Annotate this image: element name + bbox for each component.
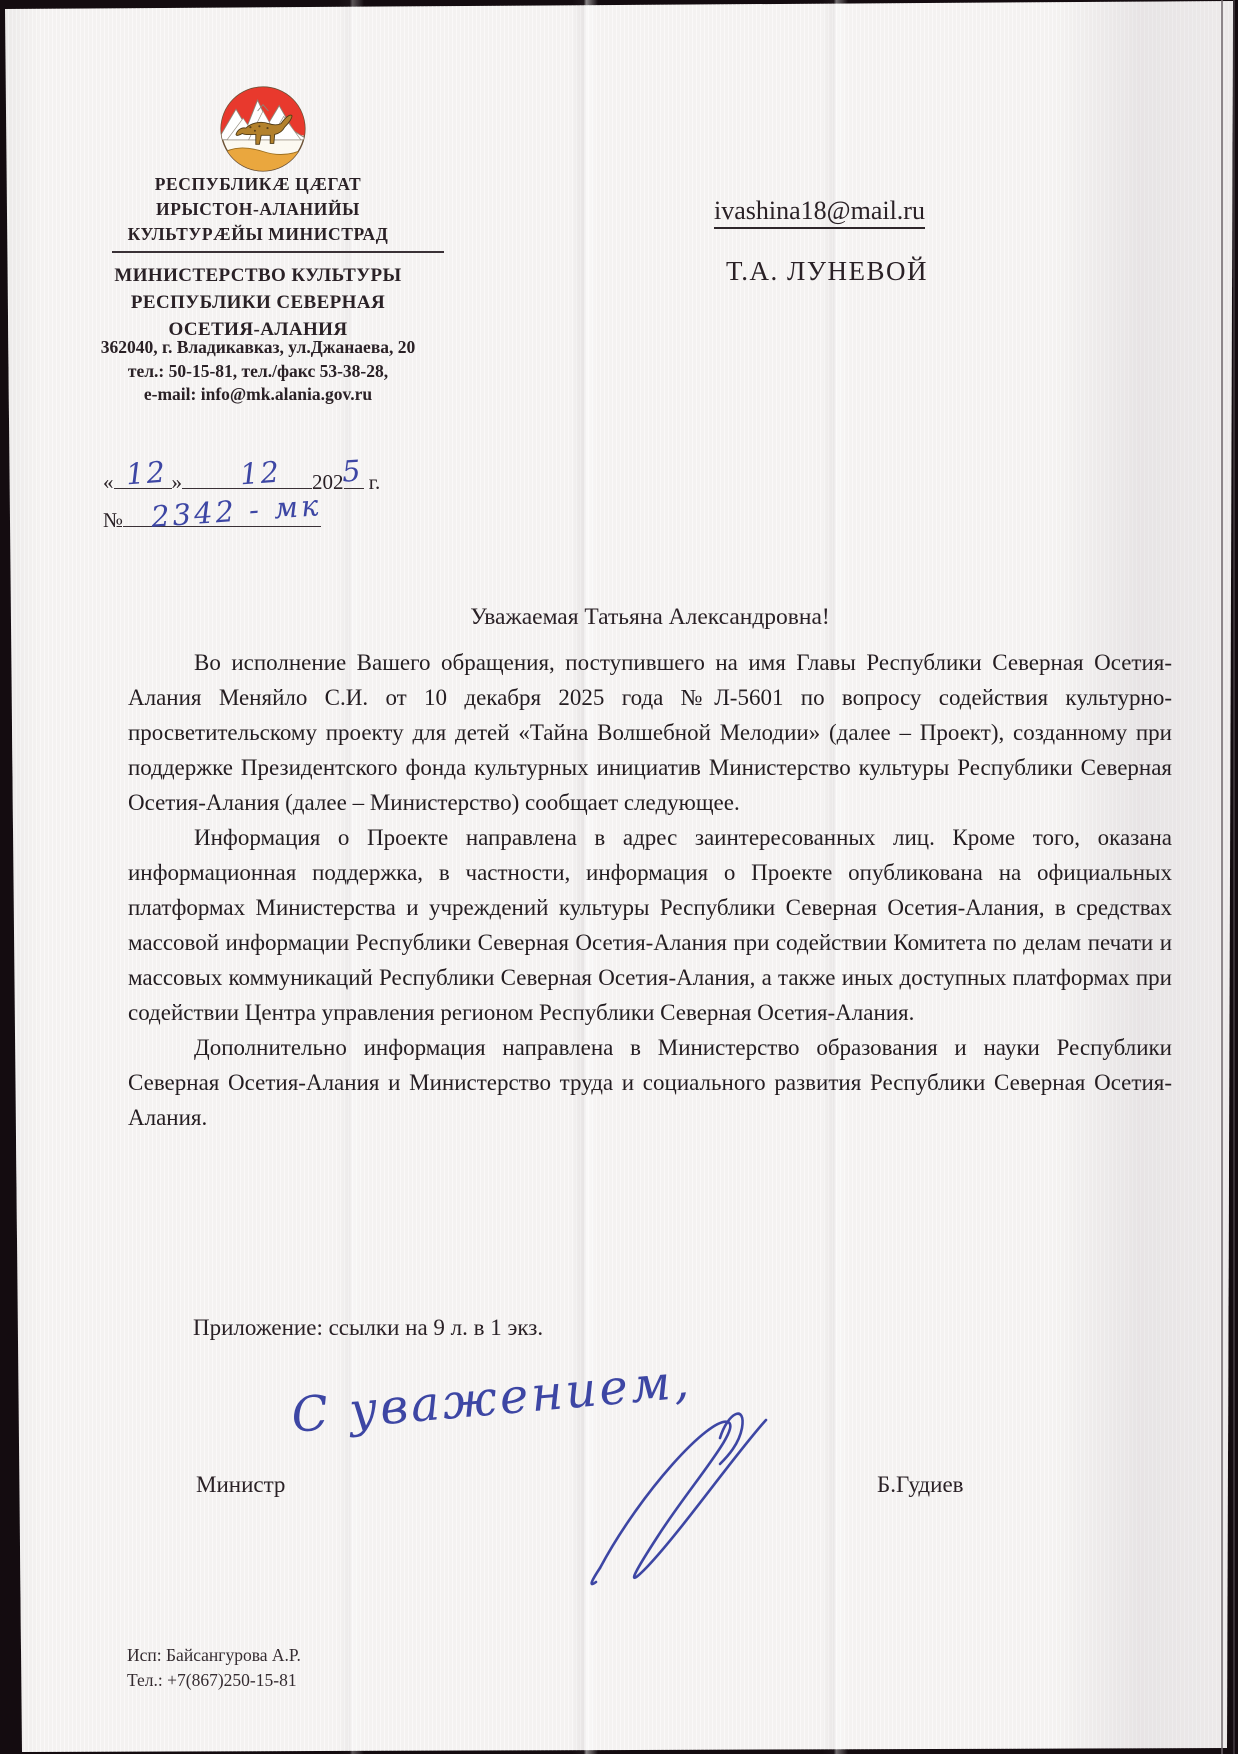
date-month-handwritten: 12	[239, 455, 282, 492]
close-quote: »	[172, 470, 183, 494]
coat-of-arms-emblem	[218, 84, 308, 174]
letterhead-russian-name: МИНИСТЕРСТВО КУЛЬТУРЫ РЕСПУБЛИКИ СЕВЕРНА…	[78, 262, 438, 343]
letter-body: Во исполнение Вашего обращения, поступив…	[128, 645, 1172, 1135]
scanned-letter-page: { "letterhead": { "ossetian_name_lines":…	[0, 0, 1238, 1754]
body-paragraph: Информация о Проекте направлена в адрес …	[128, 820, 1172, 1030]
executor-phone-line: Тел.: +7(867)250-15-81	[127, 1668, 301, 1693]
signature-name: Б.Гудиев	[877, 1472, 964, 1498]
letterhead-ossetian-name: РЕСПУБЛИКÆ ЦÆГАТ ИРЫСТОН-АЛАНИЙЫ КУЛЬТУР…	[78, 172, 438, 247]
body-paragraph: Дополнительно информация направлена в Ми…	[128, 1030, 1172, 1135]
body-paragraph: Во исполнение Вашего обращения, поступив…	[128, 645, 1172, 820]
letterhead-line: РЕСПУБЛИКИ СЕВЕРНАЯ	[78, 289, 438, 316]
date-year-digit-handwritten: 5	[340, 453, 363, 488]
letterhead-contacts: 362040, г. Владикавказ, ул.Джанаева, 20 …	[48, 336, 468, 407]
reference-block: «12»122025 г. №2342 - мк	[103, 470, 443, 544]
letterhead-email: e-mail: info@mk.alania.gov.ru	[48, 383, 468, 407]
number-underline: 2342 - мк	[123, 526, 321, 527]
footer-block: Исп: Байсангурова А.Р. Тел.: +7(867)250-…	[127, 1643, 301, 1693]
number-line: №2342 - мк	[103, 508, 443, 544]
date-year-underline: 5	[344, 488, 364, 489]
signature-position-label: Министр	[196, 1472, 285, 1498]
date-day-handwritten: 12	[124, 455, 167, 492]
date-month-underline: 12	[182, 488, 312, 489]
scan-page-seam	[1221, 0, 1223, 1754]
open-quote: «	[103, 470, 114, 494]
addressee-email: ivashina18@mail.ru	[714, 196, 925, 229]
letterhead-phone: тел.: 50-15-81, тел./факс 53-38-28,	[48, 360, 468, 384]
letterhead-address: 362040, г. Владикавказ, ул.Джанаева, 20	[48, 336, 468, 360]
letterhead-line: ИРЫСТОН-АЛАНИЙЫ	[78, 197, 438, 222]
attachment-line: Приложение: ссылки на 9 л. в 1 экз.	[193, 1315, 543, 1341]
date-suffix: г.	[369, 470, 381, 494]
minister-signature-icon	[570, 1398, 795, 1603]
number-sign: №	[103, 508, 123, 532]
salutation: Уважаемая Татьяна Александровна!	[128, 604, 1172, 631]
executor-line: Исп: Байсангурова А.Р.	[127, 1643, 301, 1668]
letterhead-line: РЕСПУБЛИКÆ ЦÆГАТ	[78, 172, 438, 197]
letterhead-line: МИНИСТЕРСТВО КУЛЬТУРЫ	[78, 262, 438, 289]
scan-edge-line	[1233, 0, 1235, 1754]
date-day-underline: 12	[114, 488, 172, 489]
letterhead-line: КУЛЬТУРÆЙЫ МИНИСТРАД	[78, 222, 438, 247]
addressee-name: Т.А. ЛУНЕВОЙ	[726, 256, 928, 287]
letterhead-divider	[112, 251, 444, 253]
